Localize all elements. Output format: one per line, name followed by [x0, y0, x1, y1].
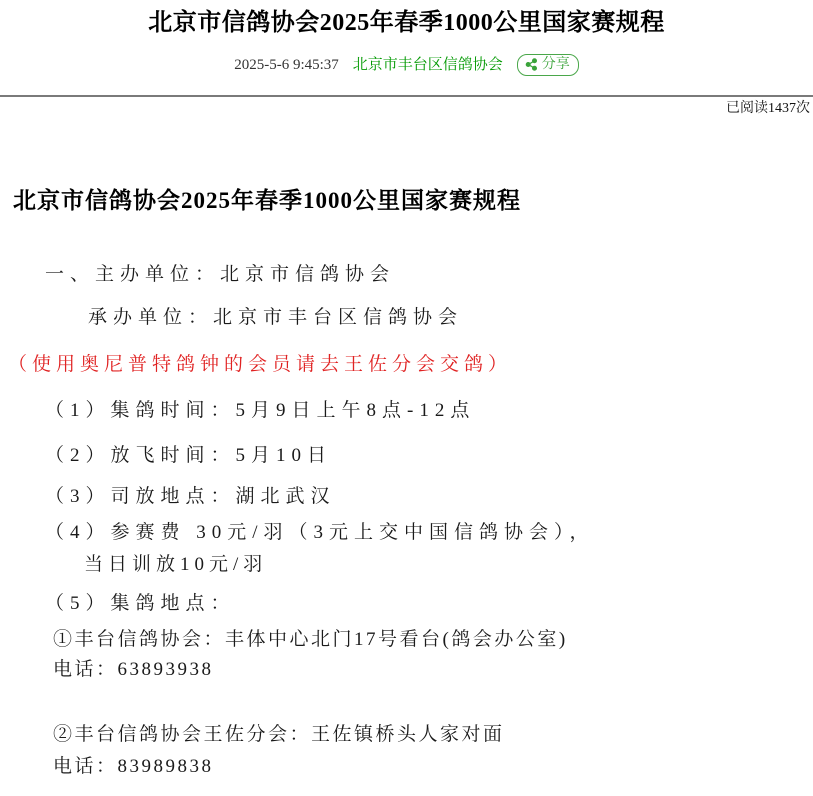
- source-link[interactable]: 北京市丰台区信鸽协会: [353, 54, 503, 76]
- line-release-time: （2）放飞时间：5月10日: [45, 443, 813, 469]
- article-header: 北京市信鸽协会2025年春季1000公里国家赛规程 2025-5-6 9:45:…: [0, 0, 813, 76]
- read-count: 已阅读1437次: [0, 99, 813, 119]
- line-entry-fee: （4）参赛费 30元/羽（3元上交中国信鸽协会），: [45, 520, 813, 546]
- line-site-1: ①丰台信鸽协会：丰体中心北门17号看台(鸽会办公室): [53, 627, 813, 653]
- line-release-place: （3）司放地点：湖北武汉: [45, 484, 813, 510]
- article-heading: 北京市信鸽协会2025年春季1000公里国家赛规程: [13, 185, 813, 217]
- share-button[interactable]: 分享: [517, 54, 579, 76]
- share-icon: [524, 57, 539, 72]
- header-divider: [0, 95, 813, 97]
- page-title: 北京市信鸽协会2025年春季1000公里国家赛规程: [0, 8, 813, 38]
- line-site-1-phone: 电话：63893938: [53, 657, 813, 683]
- line-host-unit: 一、主办单位：北京市信鸽协会: [45, 262, 813, 288]
- line-collection-place: （5）集鸽地点：: [45, 591, 813, 617]
- line-red-notice: （使用奥尼普特鸽钟的会员请去王佐分会交鸽）: [8, 352, 813, 378]
- publish-date: 2025-5-6 9:45:37: [234, 54, 339, 76]
- line-site-2: ②丰台信鸽协会王佐分会：王佐镇桥头人家对面: [53, 722, 813, 748]
- share-button-label: 分享: [542, 56, 570, 73]
- line-site-2-phone: 电话：83989838: [53, 754, 813, 780]
- article-body: 北京市信鸽协会2025年春季1000公里国家赛规程 一、主办单位：北京市信鸽协会…: [0, 185, 813, 780]
- line-entry-fee-cont: 当日训放10元/羽: [84, 552, 813, 578]
- line-organizer-unit: 承办单位：北京市丰台区信鸽协会: [88, 305, 813, 331]
- line-collection-time: （1）集鸽时间：5月9日上午8点-12点: [45, 398, 813, 424]
- article-meta: 2025-5-6 9:45:37 北京市丰台区信鸽协会 分享: [0, 54, 813, 76]
